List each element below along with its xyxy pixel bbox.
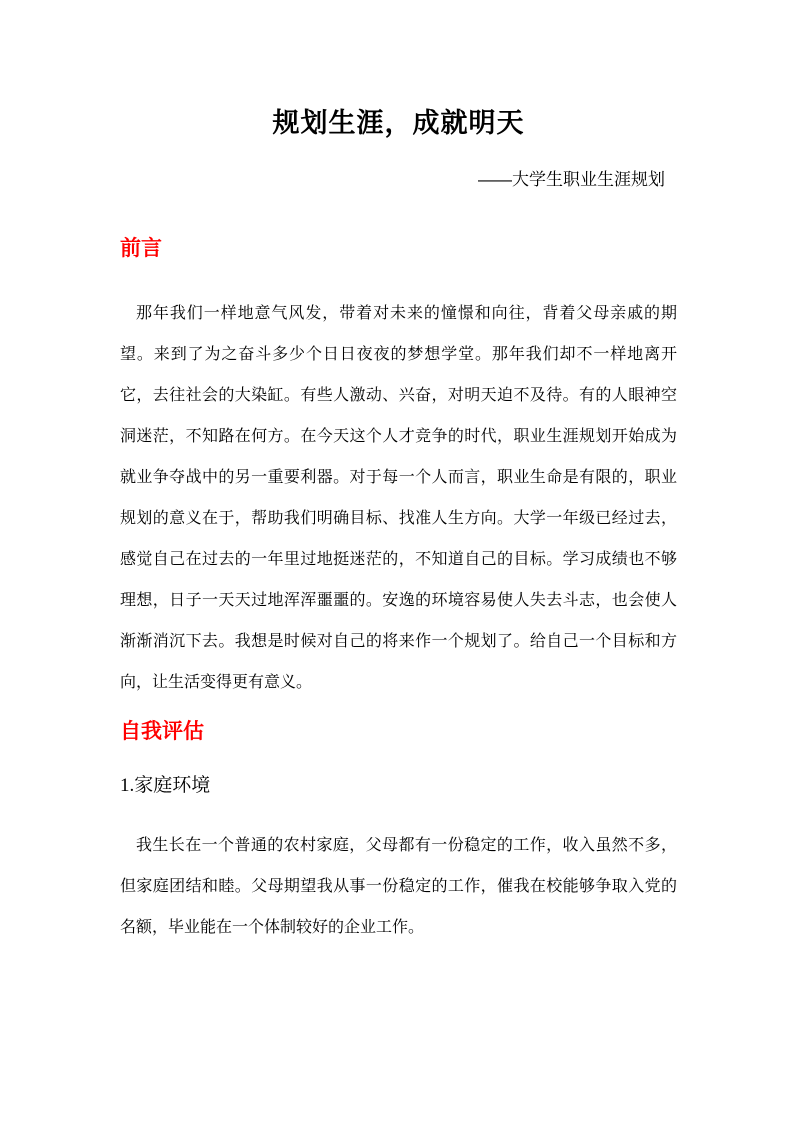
family-environment-paragraph: 我生长在一个普通的农村家庭，父母都有一份稳定的工作，收入虽然不多，但家庭团结和睦… [120,825,677,948]
document-page: 规划生涯，成就明天 ——大学生职业生涯规划 前言 那年我们一样地意气风发，带着对… [0,0,793,1122]
section-heading-self-assessment: 自我评估 [120,718,677,746]
document-subtitle: ——大学生职业生涯规划 [120,169,677,191]
subsection-heading-family-environment: 1.家庭环境 [120,773,677,799]
document-title: 规划生涯，成就明天 [120,106,677,141]
preface-paragraph: 那年我们一样地意气风发，带着对未来的憧憬和向往，背着父母亲戚的期望。来到了为之奋… [120,293,677,703]
section-heading-preface: 前言 [120,235,677,263]
